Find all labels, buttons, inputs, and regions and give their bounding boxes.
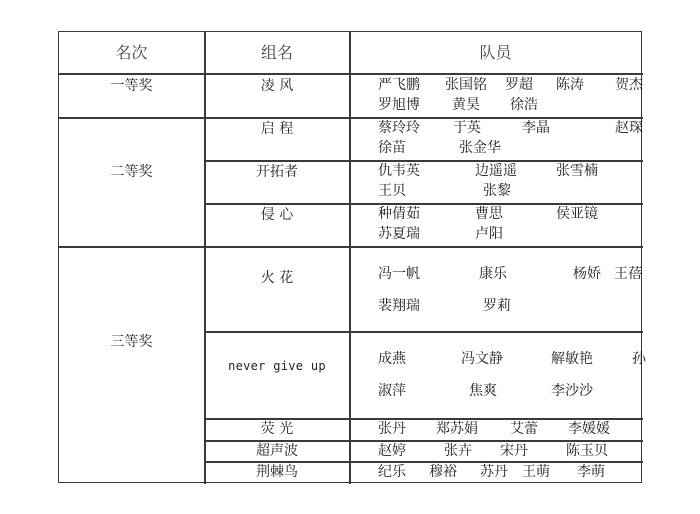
group-members: 赵婷 张卉 宋丹 陈玉贝 xyxy=(350,441,641,461)
header-rank: 名次 xyxy=(59,32,204,74)
member-name: 纪乐 xyxy=(378,462,406,482)
member-name: 徐浩 xyxy=(510,95,538,115)
rank-second-prize: 二等奖 xyxy=(59,162,204,182)
member-name: 蔡玲玲 xyxy=(378,118,420,138)
member-name: 赵婷 xyxy=(378,441,406,461)
group-name: 超声波 xyxy=(205,441,349,461)
group-members: 张丹 郑苏娟 艾蕾 李媛媛 xyxy=(350,419,641,439)
member-name: 陈玉贝 xyxy=(566,441,608,461)
member-name: 艾蕾 xyxy=(510,419,538,439)
group-name: 凌 风 xyxy=(205,76,349,96)
member-name: 张丹 xyxy=(378,419,406,439)
member-name: 宋丹 xyxy=(500,441,528,461)
member-name: 严飞鹏 xyxy=(378,75,420,95)
member-name: 王贝 xyxy=(378,181,406,201)
group-members: 严飞鹏 张国铭 罗超 陈涛 贺杰 罗旭博 黄昊 徐浩 xyxy=(350,75,641,115)
award-table: 名次 组名 队员 一等奖 二等奖 三等奖 凌 风 严飞鹏 张国铭 罗超 陈涛 贺… xyxy=(58,31,642,483)
group-members: 冯一帆 康乐 杨娇 王蓓 裴翔瑞 罗莉 xyxy=(350,264,641,316)
group-name: 启 程 xyxy=(205,119,349,139)
member-name: 成燕 xyxy=(378,349,406,369)
group-name: never give up xyxy=(205,356,349,376)
member-name: 焦爽 xyxy=(469,381,497,401)
member-name: 张国铭 xyxy=(445,75,487,95)
member-name: 黄昊 xyxy=(452,95,480,115)
member-name: 杨娇 xyxy=(573,264,601,284)
member-name: 罗超 xyxy=(505,75,533,95)
row-divider xyxy=(204,331,643,333)
member-name: 王萌 xyxy=(522,462,550,482)
rank-third-prize: 三等奖 xyxy=(59,332,204,352)
member-name: 王蓓 xyxy=(614,264,642,284)
member-name: 侯亚镜 xyxy=(556,204,598,224)
group-name: 荆棘鸟 xyxy=(205,462,349,482)
member-name: 郑苏娟 xyxy=(436,419,478,439)
member-name: 李晶 xyxy=(522,118,550,138)
row-divider xyxy=(59,246,643,248)
member-name: 张金华 xyxy=(459,138,501,158)
member-name: 穆裕 xyxy=(429,462,457,482)
member-name: 曹思 xyxy=(475,204,503,224)
member-name: 李沙沙 xyxy=(551,381,593,401)
member-name: 李萌 xyxy=(577,462,605,482)
member-name: 陈涛 xyxy=(556,75,584,95)
member-name: 罗旭博 xyxy=(378,95,420,115)
group-members: 成燕 冯文静 解敏艳 孙 淑萍 焦爽 李沙沙 xyxy=(350,349,641,401)
group-members: 蔡玲玲 于英 李晶 赵琛 徐苗 张金华 xyxy=(350,118,641,158)
member-name: 赵琛 xyxy=(615,118,643,138)
group-members: 纪乐 穆裕 苏丹 王萌 李萌 xyxy=(350,462,641,482)
member-name: 冯一帆 xyxy=(378,264,420,284)
header-group-name: 组名 xyxy=(205,32,349,74)
member-name: 张黎 xyxy=(483,181,511,201)
member-name: 张雪楠 xyxy=(556,161,598,181)
group-name: 侵 心 xyxy=(205,205,349,225)
member-name: 康乐 xyxy=(479,264,507,284)
member-name: 边遥遥 xyxy=(475,161,517,181)
member-name: 贺杰 xyxy=(615,75,643,95)
group-members: 种倩茹 曹思 侯亚镜 苏夏瑞 卢阳 xyxy=(350,204,641,244)
member-name: 李媛媛 xyxy=(568,419,610,439)
member-name: 徐苗 xyxy=(378,138,406,158)
member-name: 冯文静 xyxy=(461,349,503,369)
group-name: 开拓者 xyxy=(205,162,349,182)
member-name: 于英 xyxy=(453,118,481,138)
member-name: 苏丹 xyxy=(480,462,508,482)
column-divider xyxy=(204,32,206,484)
group-name: 荧 光 xyxy=(205,419,349,439)
rank-first-prize: 一等奖 xyxy=(59,76,204,96)
group-name: 火 花 xyxy=(205,268,349,288)
member-name: 仇韦英 xyxy=(378,161,420,181)
member-name: 解敏艳 xyxy=(551,349,593,369)
member-name: 卢阳 xyxy=(475,224,503,244)
member-name: 孙 xyxy=(632,349,646,369)
member-name: 种倩茹 xyxy=(378,204,420,224)
member-name: 罗莉 xyxy=(483,296,511,316)
header-members: 队员 xyxy=(350,32,641,74)
member-name: 裴翔瑞 xyxy=(378,296,420,316)
member-name: 苏夏瑞 xyxy=(378,224,420,244)
member-name: 淑萍 xyxy=(378,381,406,401)
group-members: 仇韦英 边遥遥 张雪楠 王贝 张黎 xyxy=(350,161,641,201)
member-name: 张卉 xyxy=(444,441,472,461)
